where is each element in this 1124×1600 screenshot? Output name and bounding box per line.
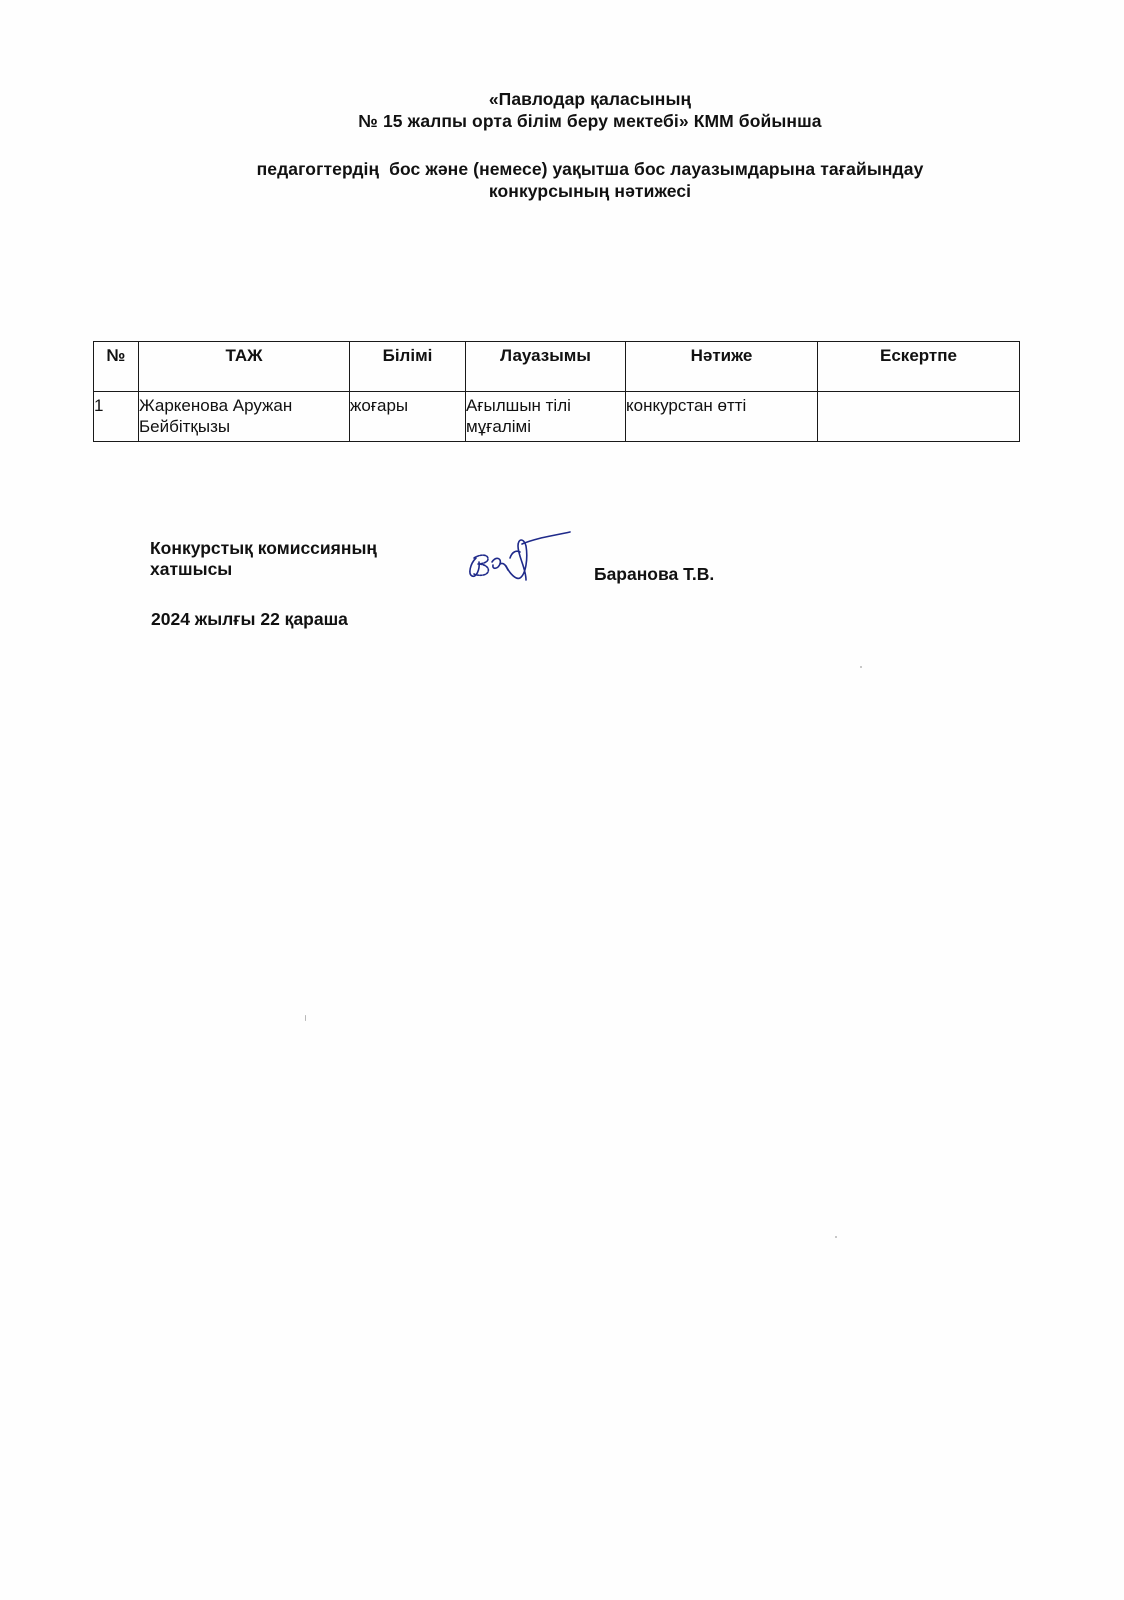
table-row: 1 Жаркенова Аружан Бейбітқызы жоғары Ағы…	[94, 392, 1020, 442]
role-line: хатшысы	[150, 559, 377, 580]
position-line: Ағылшын тілі	[466, 395, 625, 416]
heading-line: конкурсының нәтижесі	[180, 180, 1000, 202]
scan-speck	[860, 666, 862, 668]
column-header-number: №	[94, 342, 139, 392]
organization-heading: «Павлодар қаласының № 15 жалпы орта білі…	[180, 88, 1000, 132]
handwritten-signature-icon	[462, 528, 577, 586]
scan-speck	[835, 1236, 837, 1238]
column-header-note: Ескертпе	[818, 342, 1020, 392]
cell-number: 1	[94, 392, 139, 442]
cell-fullname: Жаркенова Аружан Бейбітқызы	[139, 392, 350, 442]
signer-name: Баранова Т.В.	[594, 564, 714, 585]
position-line: мұғалімі	[466, 416, 625, 437]
heading-line: педагогтердің бос және (немесе) уақытша …	[180, 158, 1000, 180]
column-header-result: Нәтиже	[626, 342, 818, 392]
cell-result: конкурстан өтті	[626, 392, 818, 442]
column-header-education: Білімі	[350, 342, 466, 392]
document-page: «Павлодар қаласының № 15 жалпы орта білі…	[0, 0, 1124, 1600]
column-header-fullname: ТАЖ	[139, 342, 350, 392]
heading-line: № 15 жалпы орта білім беру мектебі» КММ …	[180, 110, 1000, 132]
cell-education: жоғары	[350, 392, 466, 442]
name-line: Бейбітқызы	[139, 416, 349, 437]
role-line: Конкурстық комиссияның	[150, 538, 377, 559]
cell-note	[818, 392, 1020, 442]
cell-position: Ағылшын тілі мұғалімі	[466, 392, 626, 442]
scan-speck	[305, 1015, 306, 1021]
document-date: 2024 жылғы 22 қараша	[151, 609, 348, 630]
name-line: Жаркенова Аружан	[139, 395, 349, 416]
column-header-position: Лауазымы	[466, 342, 626, 392]
subject-heading: педагогтердің бос және (немесе) уақытша …	[180, 158, 1000, 202]
table-header-row: № ТАЖ Білімі Лауазымы Нәтиже Ескертпе	[94, 342, 1020, 392]
results-table: № ТАЖ Білімі Лауазымы Нәтиже Ескертпе 1 …	[93, 341, 1020, 442]
heading-line: «Павлодар қаласының	[180, 88, 1000, 110]
signer-role: Конкурстық комиссияның хатшысы	[150, 538, 377, 580]
